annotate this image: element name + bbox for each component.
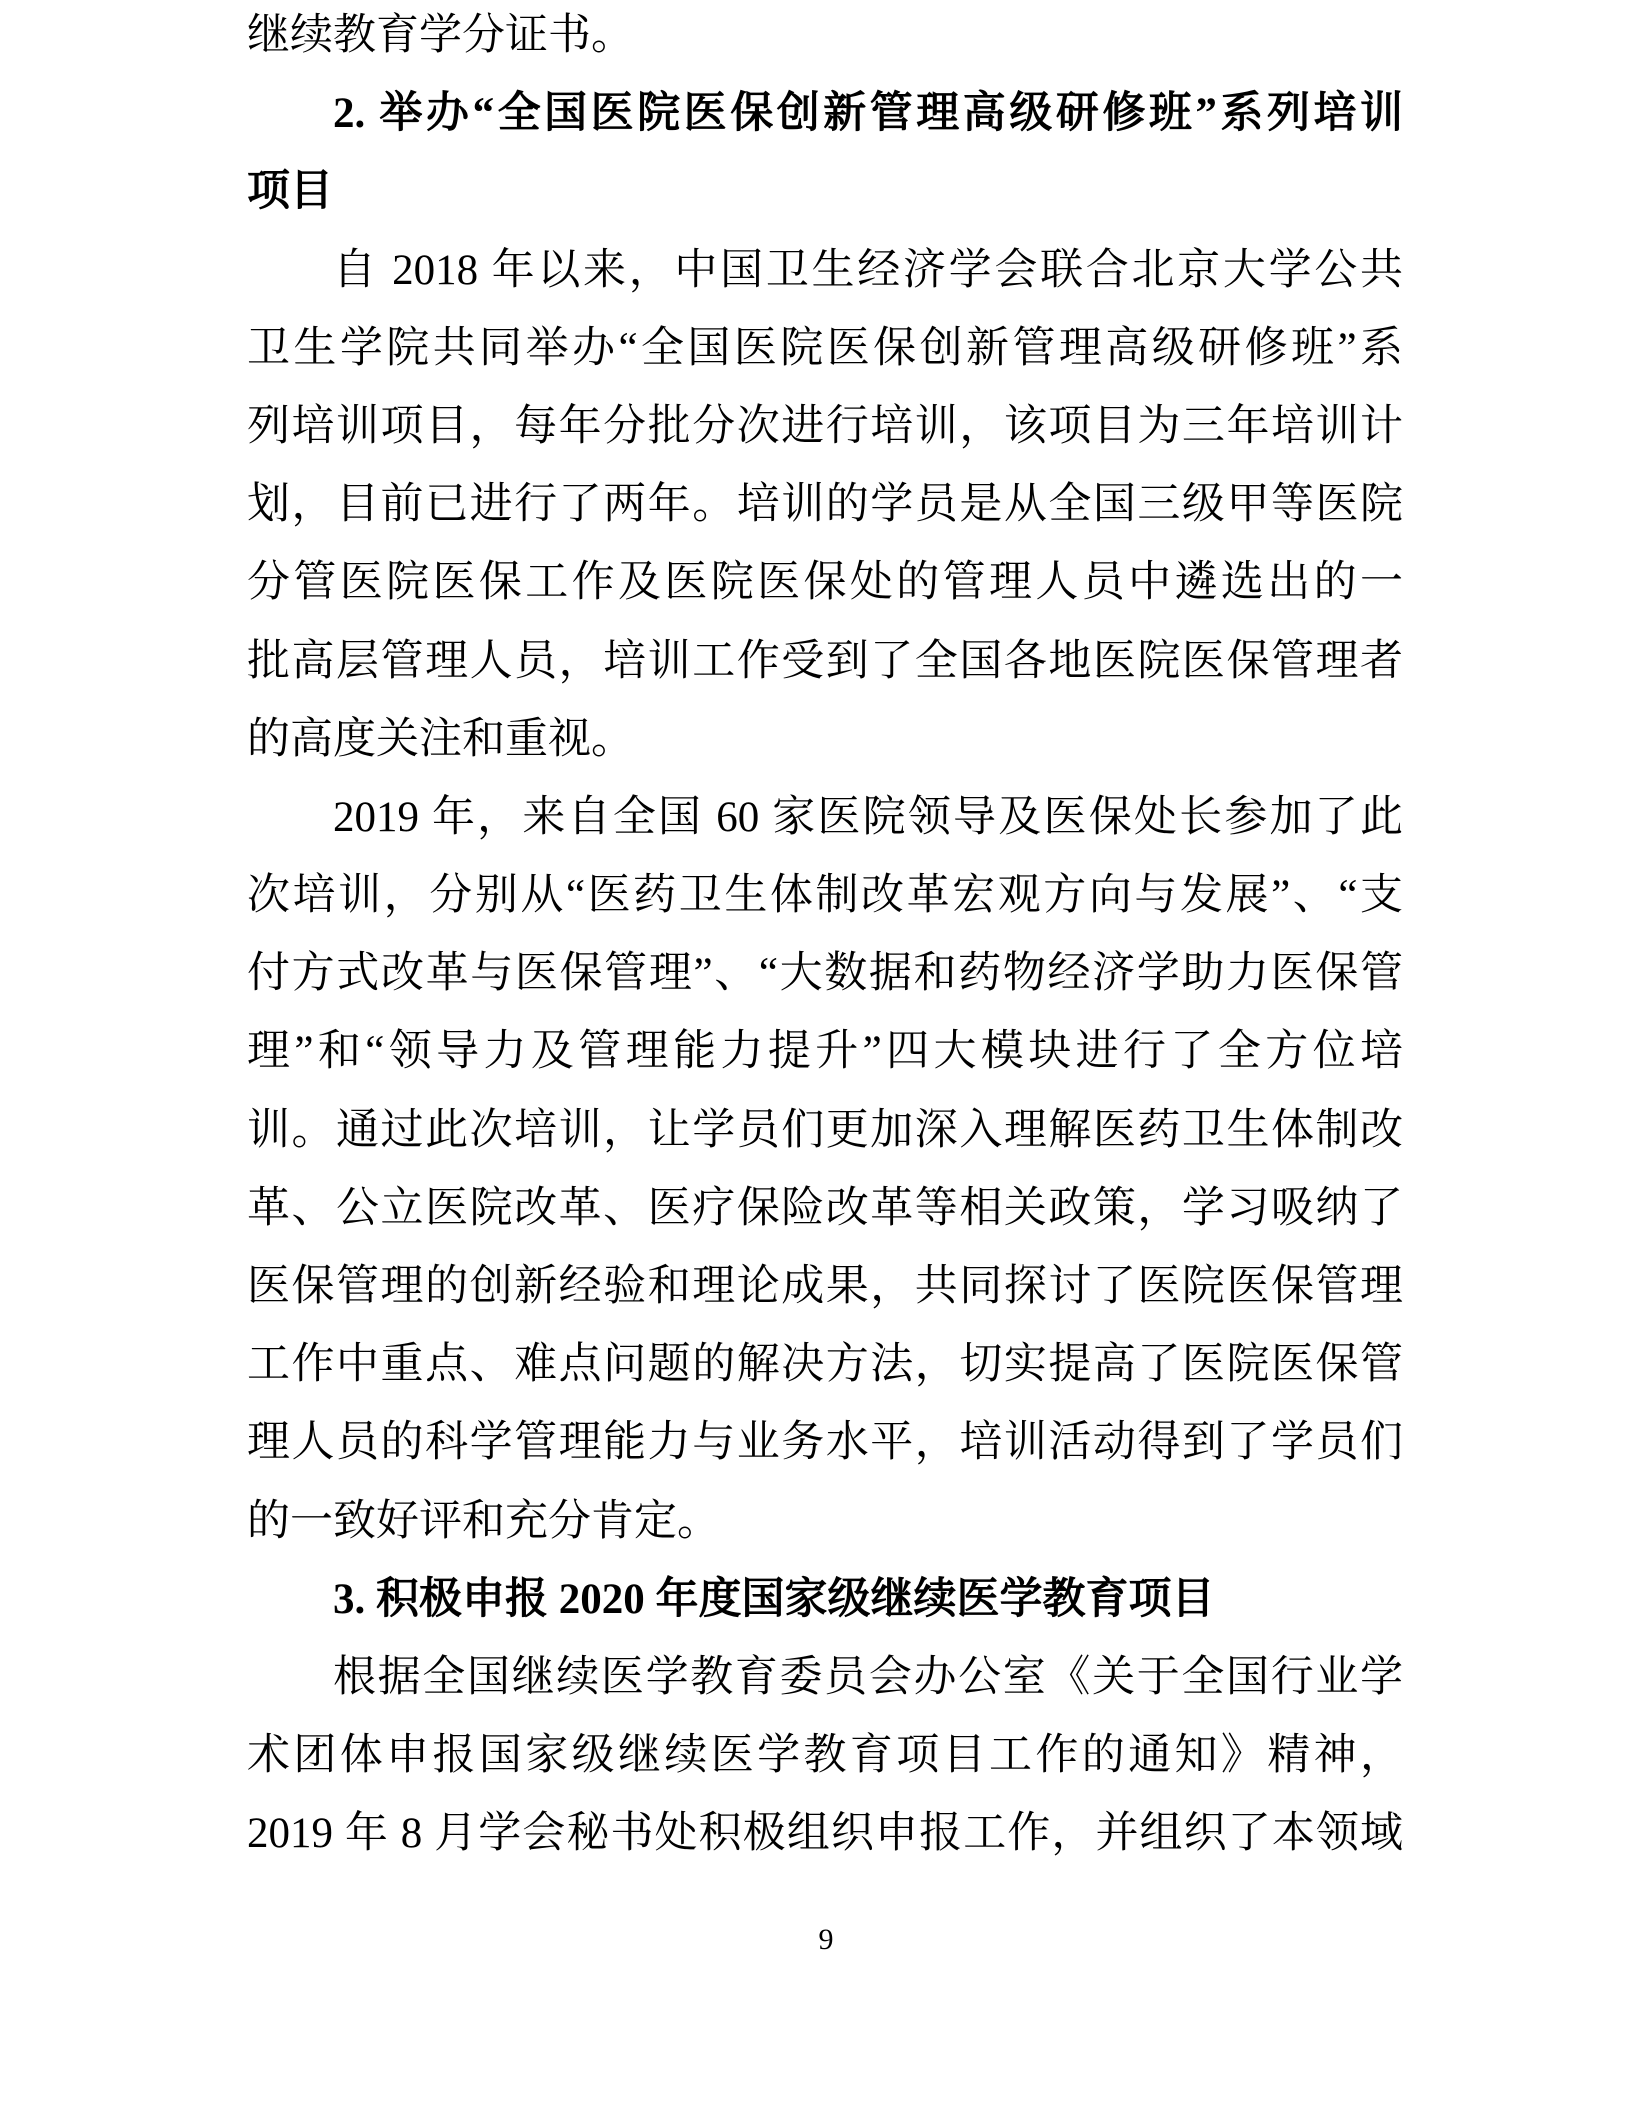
body-text-line: 术团体申报国家级继续医学教育项目工作的通知》精神， xyxy=(247,1717,1403,1795)
body-text-line: 自 2018 年以来，中国卫生经济学会联合北京大学公共 xyxy=(247,232,1403,310)
heading-line: 项目 xyxy=(247,153,1403,231)
body-text-line: 划，目前已进行了两年。培训的学员是从全国三级甲等医院 xyxy=(247,466,1403,544)
document-lines: 继续教育学分证书。2. 举办“全国医院医保创新管理高级研修班”系列培训项目自 2… xyxy=(247,0,1403,1874)
heading-line: 3. 积极申报 2020 年度国家级继续医学教育项目 xyxy=(247,1561,1403,1639)
body-text-line: 卫生学院共同举办“全国医院医保创新管理高级研修班”系 xyxy=(247,310,1403,388)
body-text-line: 2019 年 8 月学会秘书处积极组织申报工作，并组织了本领域 xyxy=(247,1795,1403,1873)
body-text-line: 根据全国继续医学教育委员会办公室《关于全国行业学 xyxy=(247,1639,1403,1717)
body-text-line: 训。通过此次培训，让学员们更加深入理解医药卫生体制改 xyxy=(247,1092,1403,1170)
body-text-line: 的一致好评和充分肯定。 xyxy=(247,1483,1403,1561)
body-text-line: 次培训，分别从“医药卫生体制改革宏观方向与发展”、“支 xyxy=(247,857,1403,935)
document-page: 继续教育学分证书。2. 举办“全国医院医保创新管理高级研修班”系列培训项目自 2… xyxy=(0,0,1652,2127)
body-text-line: 批高层管理人员，培训工作受到了全国各地医院医保管理者 xyxy=(247,623,1403,701)
body-text-line: 工作中重点、难点问题的解决方法，切实提高了医院医保管 xyxy=(247,1326,1403,1404)
body-text-line: 医保管理的创新经验和理论成果，共同探讨了医院医保管理 xyxy=(247,1248,1403,1326)
body-text-line: 继续教育学分证书。 xyxy=(247,0,1403,75)
body-text-line: 分管医院医保工作及医院医保处的管理人员中遴选出的一 xyxy=(247,544,1403,622)
body-text-line: 付方式改革与医保管理”、“大数据和药物经济学助力医保管 xyxy=(247,935,1403,1013)
body-text-line: 的高度关注和重视。 xyxy=(247,701,1403,779)
page-footer: 9 xyxy=(0,1922,1652,1958)
body-text-line: 革、公立医院改革、医疗保险改革等相关政策，学习吸纳了 xyxy=(247,1170,1403,1248)
body-text-line: 列培训项目，每年分批分次进行培训，该项目为三年培训计 xyxy=(247,388,1403,466)
body-text-line: 理”和“领导力及管理能力提升”四大模块进行了全方位培 xyxy=(247,1013,1403,1091)
page-number: 9 xyxy=(819,1923,834,1956)
body-text-line: 2019 年，来自全国 60 家医院领导及医保处长参加了此 xyxy=(247,779,1403,857)
heading-line: 2. 举办“全国医院医保创新管理高级研修班”系列培训 xyxy=(247,75,1403,153)
body-text-line: 理人员的科学管理能力与业务水平，培训活动得到了学员们 xyxy=(247,1404,1403,1482)
